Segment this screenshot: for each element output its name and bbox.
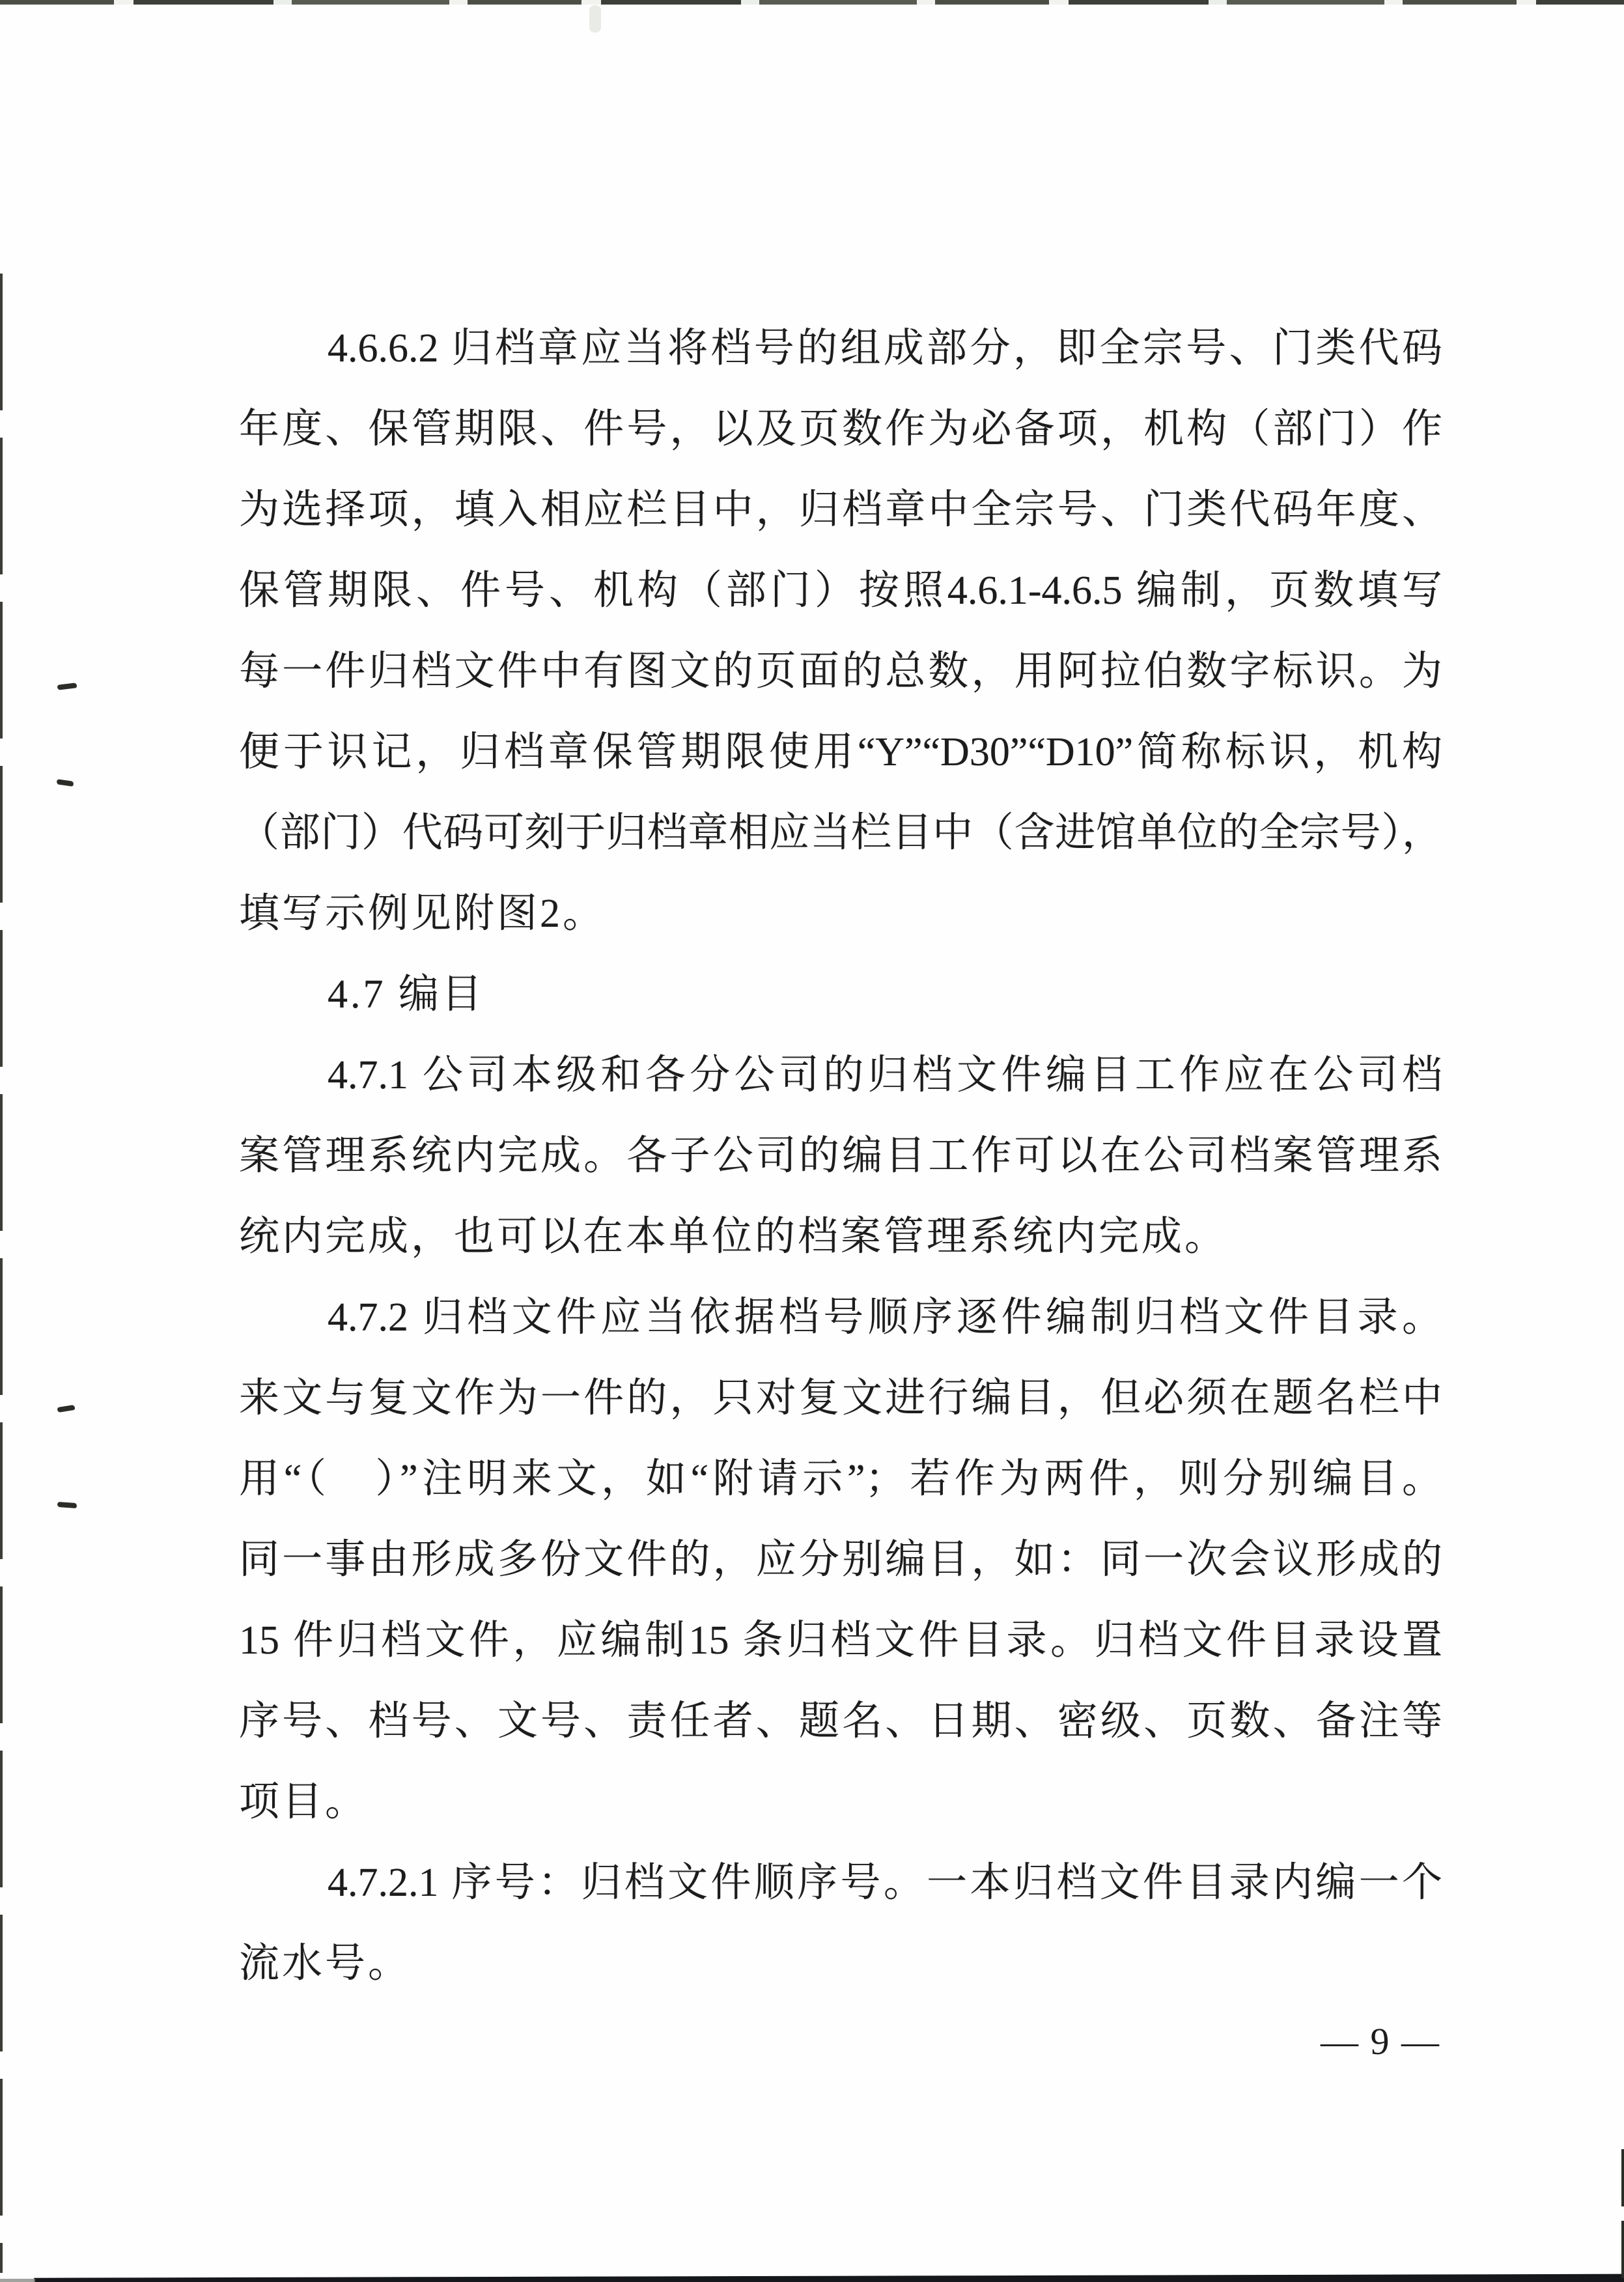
text-line: 15 件归档文件，应编制15 条归档文件目录。归档文件目录设置 [239,1600,1442,1681]
scan-edge-bottom-left [0,2279,35,2282]
margin-tick-mark [57,683,77,690]
text-line: 同一事由形成多份文件的，应分别编目，如：同一次会议形成的 [239,1519,1442,1600]
text-line: 为选择项，填入相应栏目中，归档章中全宗号、门类代码年度、 [239,470,1442,550]
text-line-paragraph-end: 项目。 [239,1762,1442,1842]
section-heading-4.7: 4.7 编目 [239,954,1442,1035]
margin-tick-mark [57,779,74,787]
text-line: 案管理系统内完成。各子公司的编目工作可以在公司档案管理系 [239,1116,1442,1196]
text-line-paragraph-4.7.1: 4.7.1 公司本级和各分公司的归档文件编目工作应在公司档 [239,1035,1442,1116]
text-line-paragraph-4.7.2.1: 4.7.2.1 序号：归档文件顺序号。一本归档文件目录内编一个 [239,1842,1442,1923]
scan-edge-bottom [0,2273,1624,2282]
text-line: 来文与复文作为一件的，只对复文进行编目，但必须在题名栏中 [239,1358,1442,1439]
margin-tick-mark [57,1502,77,1508]
text-line: 年度、保管期限、件号，以及页数作为必备项，机构（部门）作 [239,389,1442,470]
text-line: （部门）代码可刻于归档章相应当栏目中（含进馆单位的全宗号）， [239,793,1442,873]
margin-tick-mark [57,1405,76,1413]
text-line: 便于识记，归档章保管期限使用“Y”“D30”“D10”简称标识，机构 [239,712,1442,793]
page-number: — 9 — [1306,2012,1455,2071]
text-line-paragraph-end: 流水号。 [239,1923,1442,2004]
document-text-block: 4.6.6.2 归档章应当将档号的组成部分，即全宗号、门类代码 年度、保管期限、… [239,308,1442,2004]
scan-edge-top [0,0,1624,5]
text-line-paragraph-4.7.2: 4.7.2 归档文件应当依据档号顺序逐件编制归档文件目录。 [239,1277,1442,1358]
scan-edge-left [0,274,3,2273]
text-line-paragraph-end: 填写示例见附图2。 [239,873,1442,954]
scan-edge-right [1621,2149,1624,2282]
text-line-paragraph-end: 统内完成，也可以在本单位的档案管理系统内完成。 [239,1196,1442,1277]
scan-smudge [589,5,601,33]
text-line: 每一件归档文件中有图文的页面的总数，用阿拉伯数字标识。为 [239,631,1442,712]
scanned-document-page: 4.6.6.2 归档章应当将档号的组成部分，即全宗号、门类代码 年度、保管期限、… [0,0,1624,2282]
text-line: 用“（ ）”注明来文，如“附请示”；若作为两件，则分别编目。 [239,1439,1442,1519]
text-line: 保管期限、件号、机构（部门）按照4.6.1-4.6.5 编制，页数填写 [239,550,1442,631]
text-line: 序号、档号、文号、责任者、题名、日期、密级、页数、备注等 [239,1681,1442,1762]
text-line-paragraph-4.6.6.2: 4.6.6.2 归档章应当将档号的组成部分，即全宗号、门类代码 [239,308,1442,389]
